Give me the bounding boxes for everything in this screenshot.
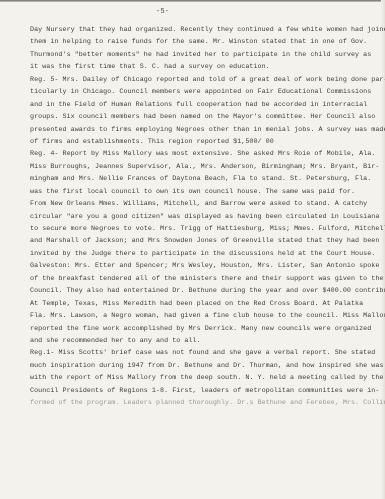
text-line: mingham and Mrs. Nellie Frances of Dayto… (30, 173, 372, 185)
text-line: of the breakfast tendered all of the min… (30, 273, 372, 285)
text-line: Day Nursery that they had organized. Rec… (30, 24, 372, 36)
text-line: Council Presidents of Regions 1-8. First… (30, 385, 372, 397)
page-top-edge (0, 0, 385, 2)
text-line: ticularly in Chicago. Council members we… (30, 86, 372, 98)
text-line: and she recommended her to any and to al… (30, 335, 372, 347)
text-line: circular "are you a good citizen" was di… (30, 211, 372, 223)
text-line-faded: formed of the program. Leaders planned t… (30, 397, 372, 409)
text-line: Reg. 4- Report by Miss Mallory was most … (30, 148, 372, 160)
text-line: Fla. Mrs. Lawson, a Negro woman, had giv… (30, 310, 372, 322)
text-line: Thurmond's "better moments" he had invit… (30, 49, 372, 61)
text-line: invited by the Judge there to participat… (30, 248, 372, 260)
page-number: -5- (156, 8, 169, 16)
text-line: presented awards to firms employing Negr… (30, 124, 372, 136)
text-line: and Marshall of Jackson; and Mrs Snowden… (30, 235, 372, 247)
text-line: of firms and establishments. This region… (30, 136, 372, 148)
text-line: Reg. 5- Mrs. Dailey of Chicago reported … (30, 74, 372, 86)
text-line: From New Orleans Mmes. Williams, Mitchel… (30, 198, 372, 210)
text-line: reported the fine work accomplished by M… (30, 323, 372, 335)
text-line: with the report of Miss Mallory from the… (30, 372, 372, 384)
text-line: Miss Burroughs, Jeannes Supervisor, Ala.… (30, 161, 372, 173)
text-line: Galveston: Mrs. Etter and Spencer; Mrs W… (30, 260, 372, 272)
text-line: Council. They also had entertained Dr. B… (30, 285, 372, 297)
text-line: was the first local council to own its o… (30, 186, 372, 198)
text-line: Reg.1- Miss Scotts' brief case was not f… (30, 347, 372, 359)
page-right-shadow (381, 0, 385, 499)
text-line: them in helping to raise funds for the s… (30, 36, 372, 48)
document-page: -5- Day Nursery that they had organized.… (0, 0, 385, 499)
text-line: it was the first time that S. C. had a s… (30, 61, 372, 73)
text-line: At Temple, Texas, Miss Meredith had been… (30, 298, 372, 310)
text-line: and in the Field of Human Relations full… (30, 99, 372, 111)
typed-text-body: Day Nursery that they had organized. Rec… (30, 24, 372, 410)
text-line: much inspiration during 1947 from Dr. Be… (30, 360, 372, 372)
text-line: groups. Six council members had been nam… (30, 111, 372, 123)
text-line: to secure more Negroes to vote. Mrs. Tri… (30, 223, 372, 235)
